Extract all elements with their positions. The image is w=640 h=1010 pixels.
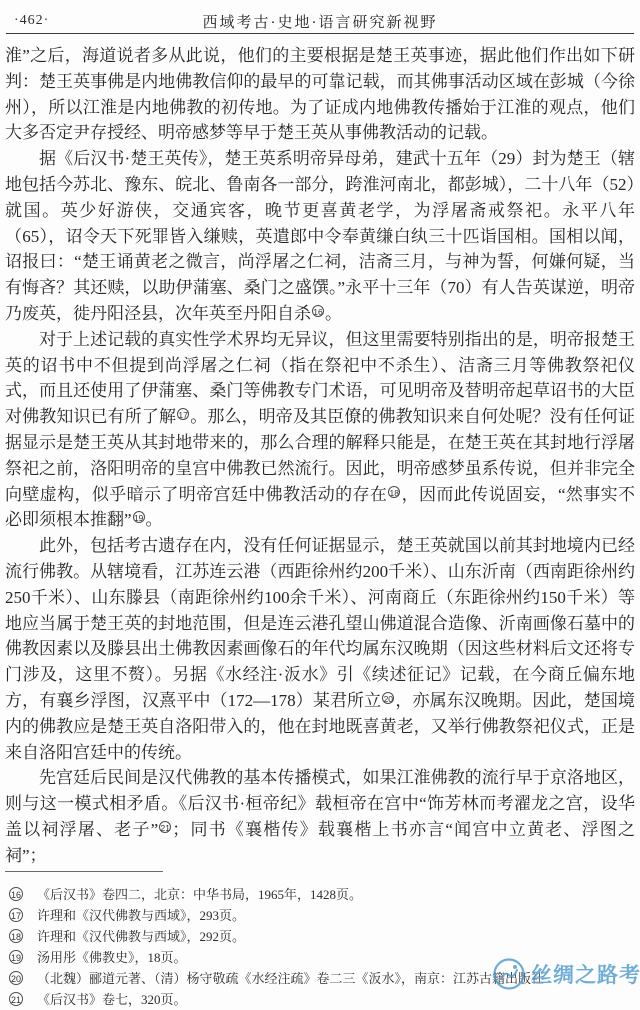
- footnote-item: 21《后汉书》卷七，320页。: [5, 989, 635, 1010]
- footnote-number: 19: [9, 950, 23, 964]
- footnote-section: 16《后汉书》卷四二，北京：中华书局，1965年，1428页。17许理和《汉代佛…: [5, 871, 635, 1010]
- book-title: 西域考古·史地·语言研究新视野: [6, 11, 634, 32]
- body-text: 淮”之后，海道说者多从此说，他们的主要根据是楚王英事迹，据此他们作出如下研判：楚…: [5, 43, 635, 869]
- paragraph: 据《后汉书·楚王英传》，楚王英系明帝异母弟，建武十五年（29）封为楚王（辖地包括…: [5, 146, 635, 327]
- footnote-ref: 18: [388, 486, 400, 498]
- paragraph: 此外，包括考古遗存在内，没有任何证据显示，楚王英就国以前其封地境内已经流行佛教。…: [5, 533, 635, 765]
- paragraph: 淮”之后，海道说者多从此说，他们的主要根据是楚王英事迹，据此他们作出如下研判：楚…: [5, 43, 635, 146]
- footnote-number: 18: [9, 929, 23, 943]
- footnote-item: 20（北魏）郦道元著、（清）杨守敬疏《水经注疏》卷二三《汳水》，南京：江苏古籍出…: [5, 968, 635, 989]
- footnote-text: （北魏）郦道元著、（清）杨守敬疏《水经注疏》卷二三《汳水》，南京：江苏古籍出版社: [37, 968, 544, 989]
- footnote-item: 19汤用彤《佛教史》，18页。: [5, 947, 635, 968]
- footnote-ref: 16: [312, 305, 324, 317]
- footnote-ref: 21: [159, 821, 171, 833]
- footnote-number: 20: [9, 971, 23, 985]
- footnote-text: 许理和《汉代佛教与西域》，292页。: [37, 926, 245, 947]
- footnote-number: 17: [9, 908, 23, 922]
- footnote-ref: 17: [177, 408, 189, 420]
- footnote-item: 18许理和《汉代佛教与西域》，292页。: [5, 926, 635, 947]
- footnote-text: 汤用彤《佛教史》，18页。: [37, 947, 187, 968]
- footnote-number: 21: [9, 992, 23, 1006]
- page-header: ·462· 西域考古·史地·语言研究新视野: [6, 8, 634, 34]
- paragraph: 先宫廷后民间是汉代佛教的基本传播模式，如果江淮佛教的流行早于京洛地区，则与这一模…: [5, 765, 635, 868]
- footnote-text: 《后汉书》卷四二，北京：中华书局，1965年，1428页。: [37, 884, 362, 905]
- header-divider: [6, 33, 634, 34]
- paragraph: 对于上述记载的真实性学术界均无异议，但这里需要特别指出的是，明帝报楚王英的诏书中…: [5, 327, 635, 533]
- footnote-item: 16《后汉书》卷四二，北京：中华书局，1965年，1428页。: [5, 884, 635, 905]
- footnote-ref: 19: [133, 511, 145, 523]
- footnote-item: 17许理和《汉代佛教与西域》，293页。: [5, 905, 635, 926]
- footnote-number: 16: [9, 887, 23, 901]
- footnote-divider: [5, 871, 163, 872]
- book-page: ·462· 西域考古·史地·语言研究新视野 淮”之后，海道说者多从此说，他们的主…: [0, 0, 640, 1010]
- footnote-text: 许理和《汉代佛教与西域》，293页。: [37, 905, 245, 926]
- footnote-ref: 20: [382, 692, 394, 704]
- footnote-text: 《后汉书》卷七，320页。: [37, 989, 187, 1010]
- footnote-list: 16《后汉书》卷四二，北京：中华书局，1965年，1428页。17许理和《汉代佛…: [5, 884, 635, 1010]
